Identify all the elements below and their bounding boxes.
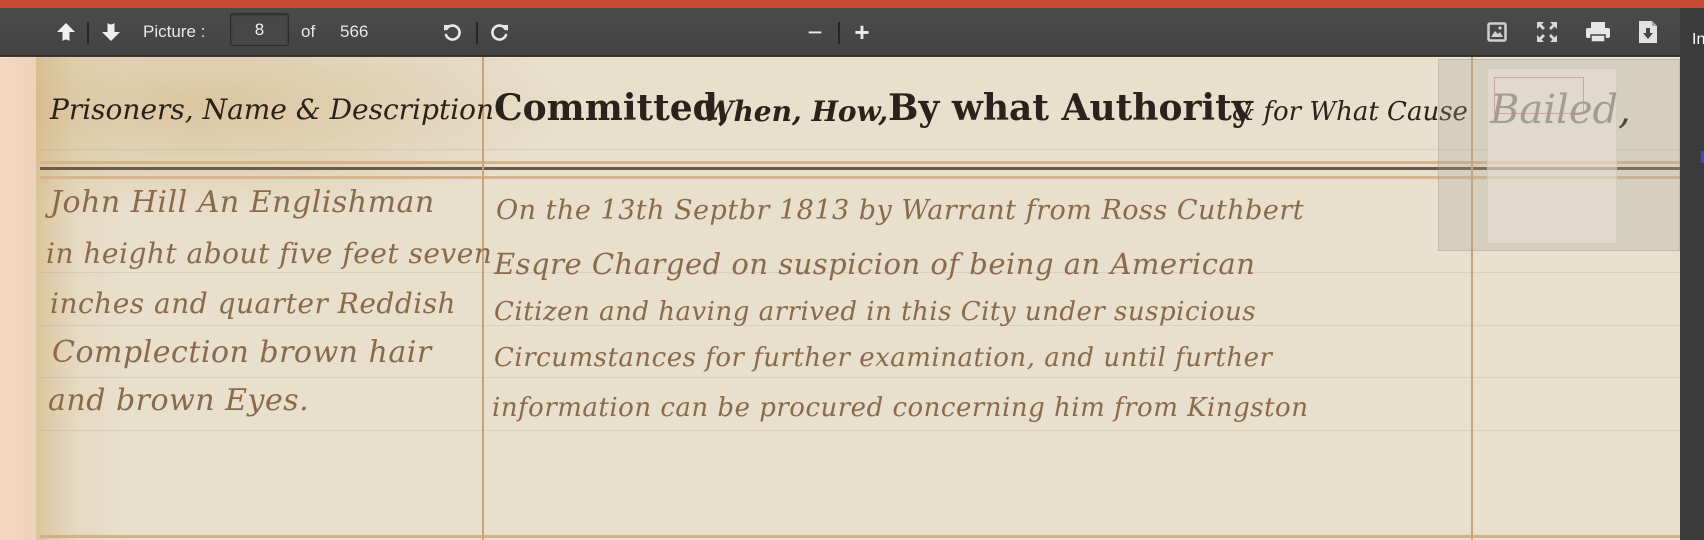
- zoom-out-button[interactable]: −: [801, 8, 829, 56]
- description-line: Complection brown hair: [52, 335, 432, 370]
- total-pictures-text: 566: [340, 22, 368, 42]
- next-picture-button[interactable]: [97, 8, 125, 56]
- toolbar-separator: [838, 22, 840, 44]
- download-icon: [1638, 20, 1658, 44]
- print-button[interactable]: [1584, 8, 1612, 56]
- image-icon: [1487, 22, 1507, 42]
- committed-line: Citizen and having arrived in this City …: [494, 297, 1256, 327]
- column-header-cause: & for What Cause: [1232, 97, 1468, 127]
- viewer-toolbar: Picture : of 566 − +: [0, 8, 1680, 56]
- page-left-edge: [0, 57, 40, 540]
- print-icon: [1585, 21, 1611, 43]
- toolbar-separator: [476, 22, 478, 44]
- bottom-rule: [40, 535, 1680, 538]
- side-panel-title: In: [1692, 31, 1704, 49]
- arrow-up-icon: [55, 21, 77, 43]
- committed-line: On the 13th Septbr 1813 by Warrant from …: [496, 195, 1304, 226]
- column-header-authority: By what Authority: [888, 87, 1253, 129]
- document-viewport[interactable]: Prisoners, Name & Description Committed,…: [0, 57, 1680, 540]
- rotate-right-button[interactable]: [486, 8, 514, 56]
- column-divider: [482, 57, 484, 540]
- rotate-ccw-icon: [440, 20, 464, 44]
- ruled-line: [40, 430, 1680, 431]
- header-rule: [40, 176, 1680, 179]
- description-line: in height about five feet seven: [46, 237, 492, 270]
- fullscreen-icon: [1536, 21, 1558, 43]
- navigator-minimap[interactable]: [1438, 59, 1680, 251]
- column-header-committed: Committed,: [494, 87, 730, 129]
- picture-label-text: Picture :: [143, 22, 205, 42]
- zoom-in-button[interactable]: +: [848, 8, 876, 56]
- rotate-left-button[interactable]: [438, 8, 466, 56]
- plus-icon: +: [854, 17, 869, 48]
- header-rule: [40, 161, 1680, 164]
- window-accent-bar: [0, 0, 1704, 8]
- ruled-line: [40, 377, 1680, 378]
- navigator-viewport-rect[interactable]: [1494, 77, 1584, 114]
- total-pictures: 566: [340, 8, 368, 56]
- of-label: of: [301, 8, 315, 56]
- rotate-cw-icon: [488, 20, 512, 44]
- column-header-when-how: When, How,: [702, 95, 888, 128]
- committed-line: information can be procured concerning h…: [492, 393, 1308, 423]
- image-view-button[interactable]: [1483, 8, 1511, 56]
- previous-picture-button[interactable]: [52, 8, 80, 56]
- of-label-text: of: [301, 22, 315, 42]
- picture-number-input[interactable]: [230, 13, 289, 46]
- header-rule: [40, 167, 1680, 170]
- description-line: inches and quarter Reddish: [50, 287, 456, 320]
- toolbar-separator: [87, 22, 89, 44]
- committed-line: Circumstances for further examination, a…: [494, 343, 1272, 373]
- column-header-prisoners: Prisoners, Name & Description: [50, 93, 494, 126]
- side-panel: In: [1680, 8, 1704, 540]
- description-line: and brown Eyes.: [48, 383, 309, 418]
- picture-label: Picture :: [143, 8, 205, 56]
- committed-line: Esqre Charged on suspicion of being an A…: [494, 247, 1255, 281]
- download-button[interactable]: [1634, 8, 1662, 56]
- navigator-page-thumbnail: [1487, 68, 1617, 244]
- ruled-line: [40, 149, 1680, 150]
- minus-icon: −: [807, 17, 822, 48]
- fullscreen-button[interactable]: [1533, 8, 1561, 56]
- description-line: John Hill An Englishman: [50, 185, 435, 220]
- arrow-down-icon: [100, 21, 122, 43]
